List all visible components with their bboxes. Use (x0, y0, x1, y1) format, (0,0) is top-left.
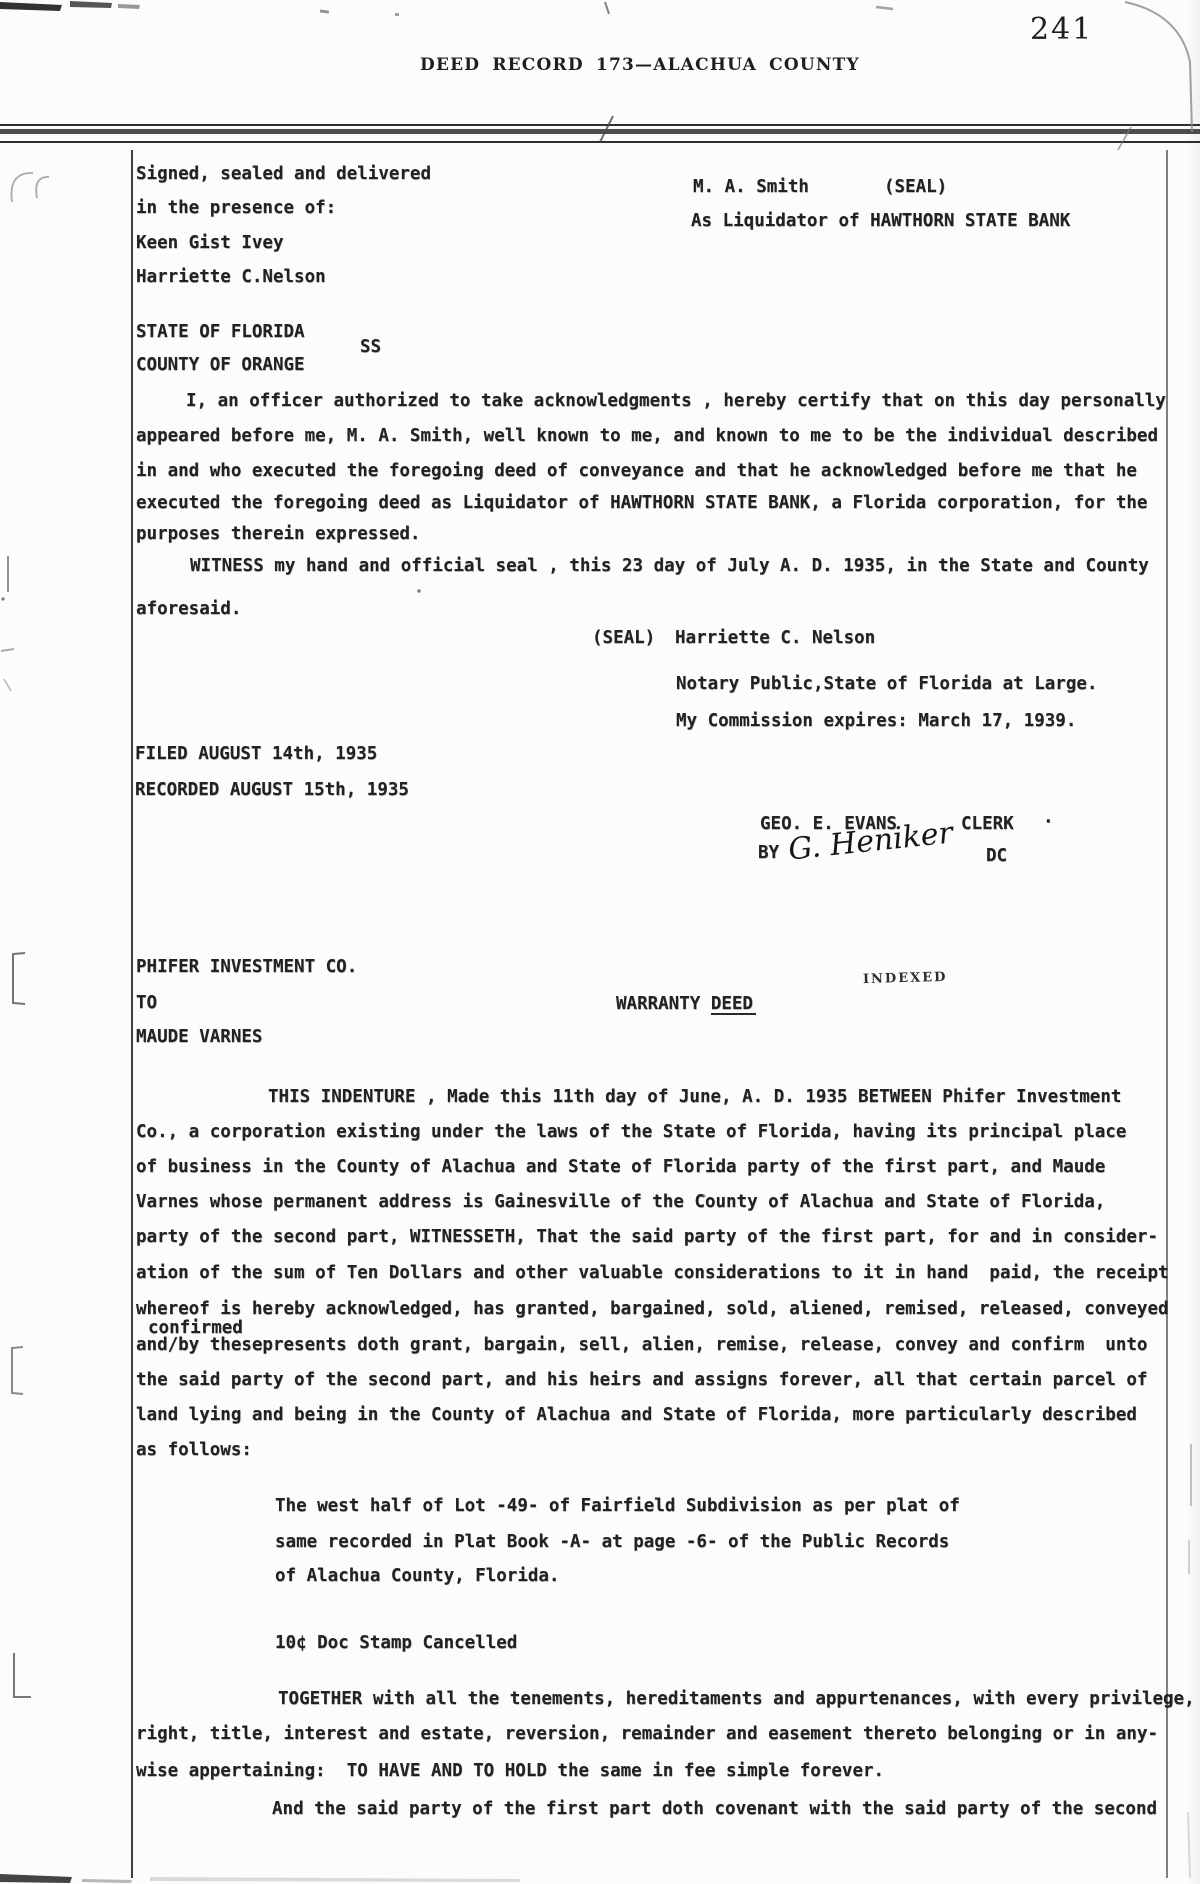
notary-name: Harriette C. Nelson (675, 628, 875, 648)
deed-body-line: Varnes whose permanent address is Gaines… (136, 1192, 1105, 1212)
deed-body-line: party of the second part, WITNESSETH, Th… (136, 1227, 1158, 1247)
filed-line: FILED AUGUST 14th, 1935 (135, 744, 377, 764)
clerk-stray-mark: · (1043, 812, 1054, 832)
certify-line: purposes therein expressed. (136, 524, 420, 544)
page-header: DEED RECORD 173—ALACHUA COUNTY (420, 55, 860, 75)
witness-line: Signed, sealed and delivered (136, 164, 431, 184)
clerk-title: CLERK (961, 814, 1014, 834)
deed-body-line: Co., a corporation existing under the la… (136, 1122, 1126, 1142)
header-rule-bottom (0, 141, 1200, 143)
certify-line: appeared before me, M. A. Smith, well kn… (136, 426, 1158, 446)
deed-type-label: WARRANTY DEED (616, 994, 753, 1014)
deed-body-line: as follows: (136, 1440, 252, 1460)
state-line: STATE OF FLORIDA (136, 322, 305, 342)
description-line: of Alachua County, Florida. (275, 1566, 559, 1586)
certify-line: executed the foregoing deed as Liquidato… (136, 493, 1147, 513)
grantee-name: MAUDE VARNES (136, 1027, 262, 1047)
page-edge-shade (1186, 0, 1200, 1884)
closing-line: right, title, interest and estate, rever… (136, 1724, 1158, 1744)
page-number: 241 (1030, 12, 1093, 47)
deed-body-line: land lying and being in the County of Al… (136, 1405, 1137, 1425)
signatory-name: M. A. Smith (693, 177, 809, 197)
doc-stamp-note: 10¢ Doc Stamp Cancelled (275, 1633, 517, 1653)
witness-line: in the presence of: (136, 198, 336, 218)
deed-body-line: the said party of the second part, and h… (136, 1370, 1147, 1390)
deed-body-line: ation of the sum of Ten Dollars and othe… (136, 1263, 1169, 1283)
deed-type-word: WARRANTY (616, 994, 711, 1014)
ss-label: SS (360, 337, 381, 357)
witness-seal-line: WITNESS my hand and official seal , this… (190, 556, 1149, 576)
by-label: BY (758, 843, 779, 863)
county-line: COUNTY OF ORANGE (136, 355, 305, 375)
closing-line: wise appertaining: TO HAVE AND TO HOLD t… (136, 1761, 884, 1781)
deed-body-line: and/by thesepresents doth grant, bargain… (136, 1335, 1147, 1355)
indexed-stamp: INDEXED (863, 970, 948, 987)
header-rule-top (0, 124, 1200, 126)
deputy-initials: DC (986, 846, 1007, 866)
deed-record-scanned-page: 241 DEED RECORD 173—ALACHUA COUNTY Signe… (0, 0, 1200, 1884)
left-column-border (131, 150, 133, 1878)
signatory-title: As Liquidator of HAWTHORN STATE BANK (691, 211, 1070, 231)
deed-body-line: whereof is hereby acknowledged, has gran… (136, 1299, 1169, 1319)
certify-line: I, an officer authorized to take acknowl… (186, 391, 1166, 411)
witness-line: Harriette C.Nelson (136, 267, 326, 287)
notary-title: Notary Public,State of Florida at Large. (676, 674, 1097, 694)
notary-seal-label: (SEAL) (592, 628, 655, 648)
description-line: same recorded in Plat Book -A- at page -… (275, 1532, 949, 1552)
closing-line: TOGETHER with all the tenements, heredit… (278, 1689, 1195, 1709)
grantor-name: PHIFER INVESTMENT CO. (136, 957, 357, 977)
deed-type-underline (711, 1013, 756, 1015)
deed-body-line: of business in the County of Alachua and… (136, 1157, 1105, 1177)
deed-type-word-underlined: DEED (711, 994, 753, 1014)
deed-body-line: THIS INDENTURE , Made this 11th day of J… (268, 1087, 1121, 1107)
certify-line: in and who executed the foregoing deed o… (136, 461, 1137, 481)
description-line: The west half of Lot -49- of Fairfield S… (275, 1496, 960, 1516)
seal-label: (SEAL) (884, 177, 947, 197)
notary-commission: My Commission expires: March 17, 1939. (676, 711, 1076, 731)
to-label: TO (136, 993, 157, 1013)
recorded-line: RECORDED AUGUST 15th, 1935 (135, 780, 409, 800)
closing-line: And the said party of the first part dot… (272, 1799, 1157, 1819)
witness-line: Keen Gist Ivey (136, 233, 284, 253)
header-rule-mid (0, 129, 1200, 134)
right-column-border (1166, 150, 1168, 1878)
witness-seal-line: aforesaid. (136, 599, 241, 619)
